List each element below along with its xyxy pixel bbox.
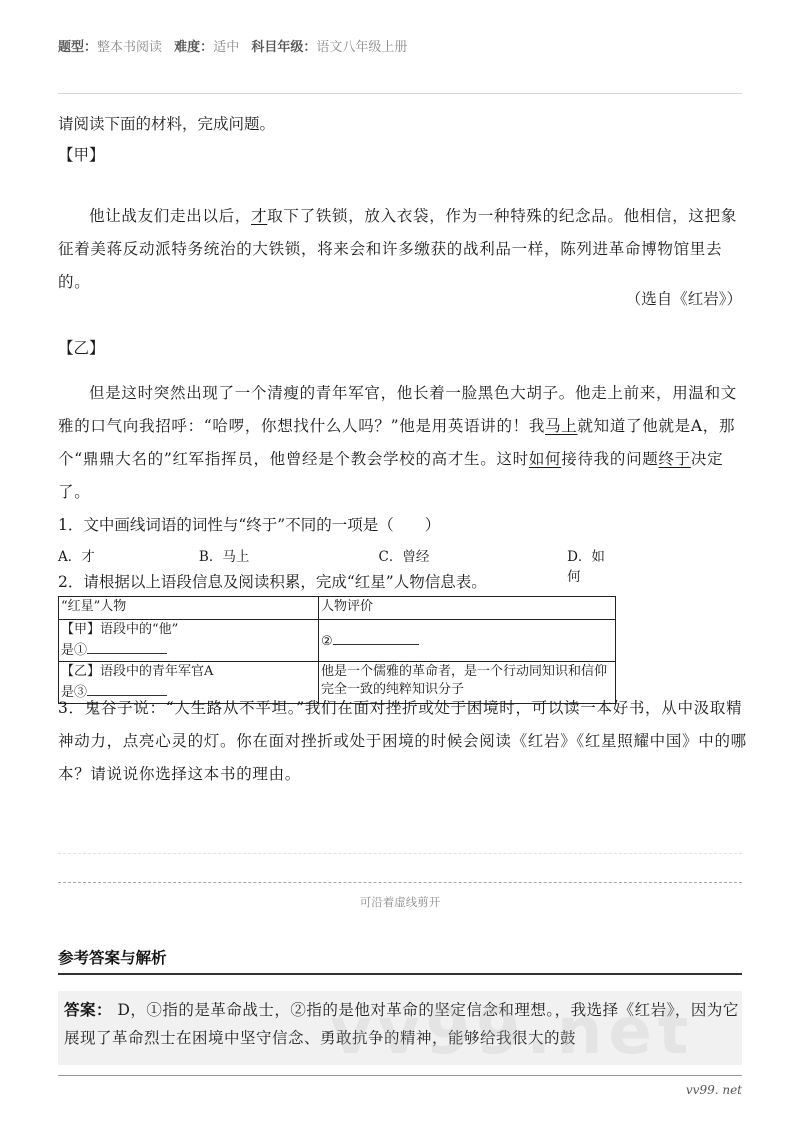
type-value: 整本书阅读 — [97, 40, 162, 55]
evaluation-cell: ② — [319, 620, 616, 662]
answer-area-dashed-line — [58, 853, 742, 854]
underlined-word-zhongyu: 终于 — [658, 450, 690, 468]
passage-jia-text: 他让战友们走出以后，才取下了铁锁，放入衣袋，作为一种特殊的纪念品。他相信，这把象… — [58, 200, 744, 299]
answer-section-title: 参考答案与解析 — [58, 946, 167, 968]
passage-jia-source: （选自《红岩》） — [626, 287, 742, 309]
header-evaluation: 人物评价 — [319, 597, 616, 620]
subject-value: 语文八年级上册 — [316, 40, 407, 55]
option-d[interactable]: D．如何 — [567, 545, 618, 585]
type-label: 题型： — [58, 40, 97, 55]
footer-site: vv99. net — [686, 1083, 742, 1097]
cut-note: 可沿着虚线剪开 — [0, 894, 800, 910]
underlined-word-mashang: 马上 — [545, 417, 577, 435]
character-cell: 【甲】语段中的“他” 是① — [59, 620, 319, 662]
answer-section-divider — [58, 973, 742, 975]
answer-box: 答案： D，①指的是革命战士，②指的是他对革命的坚定信念和理想。，我选择《红岩》… — [58, 991, 742, 1065]
difficulty-label: 难度： — [174, 40, 213, 55]
instructions: 请阅读下面的材料，完成问题。 — [58, 112, 275, 134]
question-1: 1．文中画线词语的词性与“终于”不同的一项是（ ） — [58, 513, 440, 535]
question-meta: 题型：整本书阅读 难度：适中 科目年级：语文八年级上册 — [58, 36, 407, 55]
meta-divider — [58, 93, 742, 94]
difficulty-value: 适中 — [213, 40, 239, 55]
question-3: 3．鬼谷子说：“人生路从不平坦。”我们在面对挫折或处于困境时，可以读一本好书，从… — [58, 692, 748, 791]
footer-divider — [58, 1075, 742, 1076]
answer-blank-1[interactable] — [87, 639, 167, 654]
passage-yi-label: 【乙】 — [58, 336, 105, 358]
table-row: 【甲】语段中的“他” 是① ② — [59, 620, 616, 662]
passage-jia-label: 【甲】 — [58, 143, 105, 165]
subject-label: 科目年级： — [251, 40, 316, 55]
answer-blank-2[interactable] — [333, 630, 419, 645]
answer-label: 答案： — [64, 1001, 112, 1019]
character-info-table: “红星”人物 人物评价 【甲】语段中的“他” 是① ② 【乙】语段中的青年军官A… — [58, 596, 616, 704]
underlined-word-ruhe: 如何 — [529, 450, 561, 468]
table-header-row: “红星”人物 人物评价 — [59, 597, 616, 620]
question-2: 2．请根据以上语段信息及阅读积累，完成“红星”人物信息表。 — [58, 570, 487, 592]
cut-dashed-line — [58, 882, 742, 883]
answer-text: 答案： D，①指的是革命战士，②指的是他对革命的坚定信念和理想。，我选择《红岩》… — [64, 996, 740, 1052]
passage-yi-text: 但是这时突然出现了一个清瘦的青年军官，他长着一脸黑色大胡子。他走上前来，用温和文… — [58, 377, 744, 509]
header-character: “红星”人物 — [59, 597, 319, 620]
underlined-word-cai: 才 — [251, 207, 267, 225]
